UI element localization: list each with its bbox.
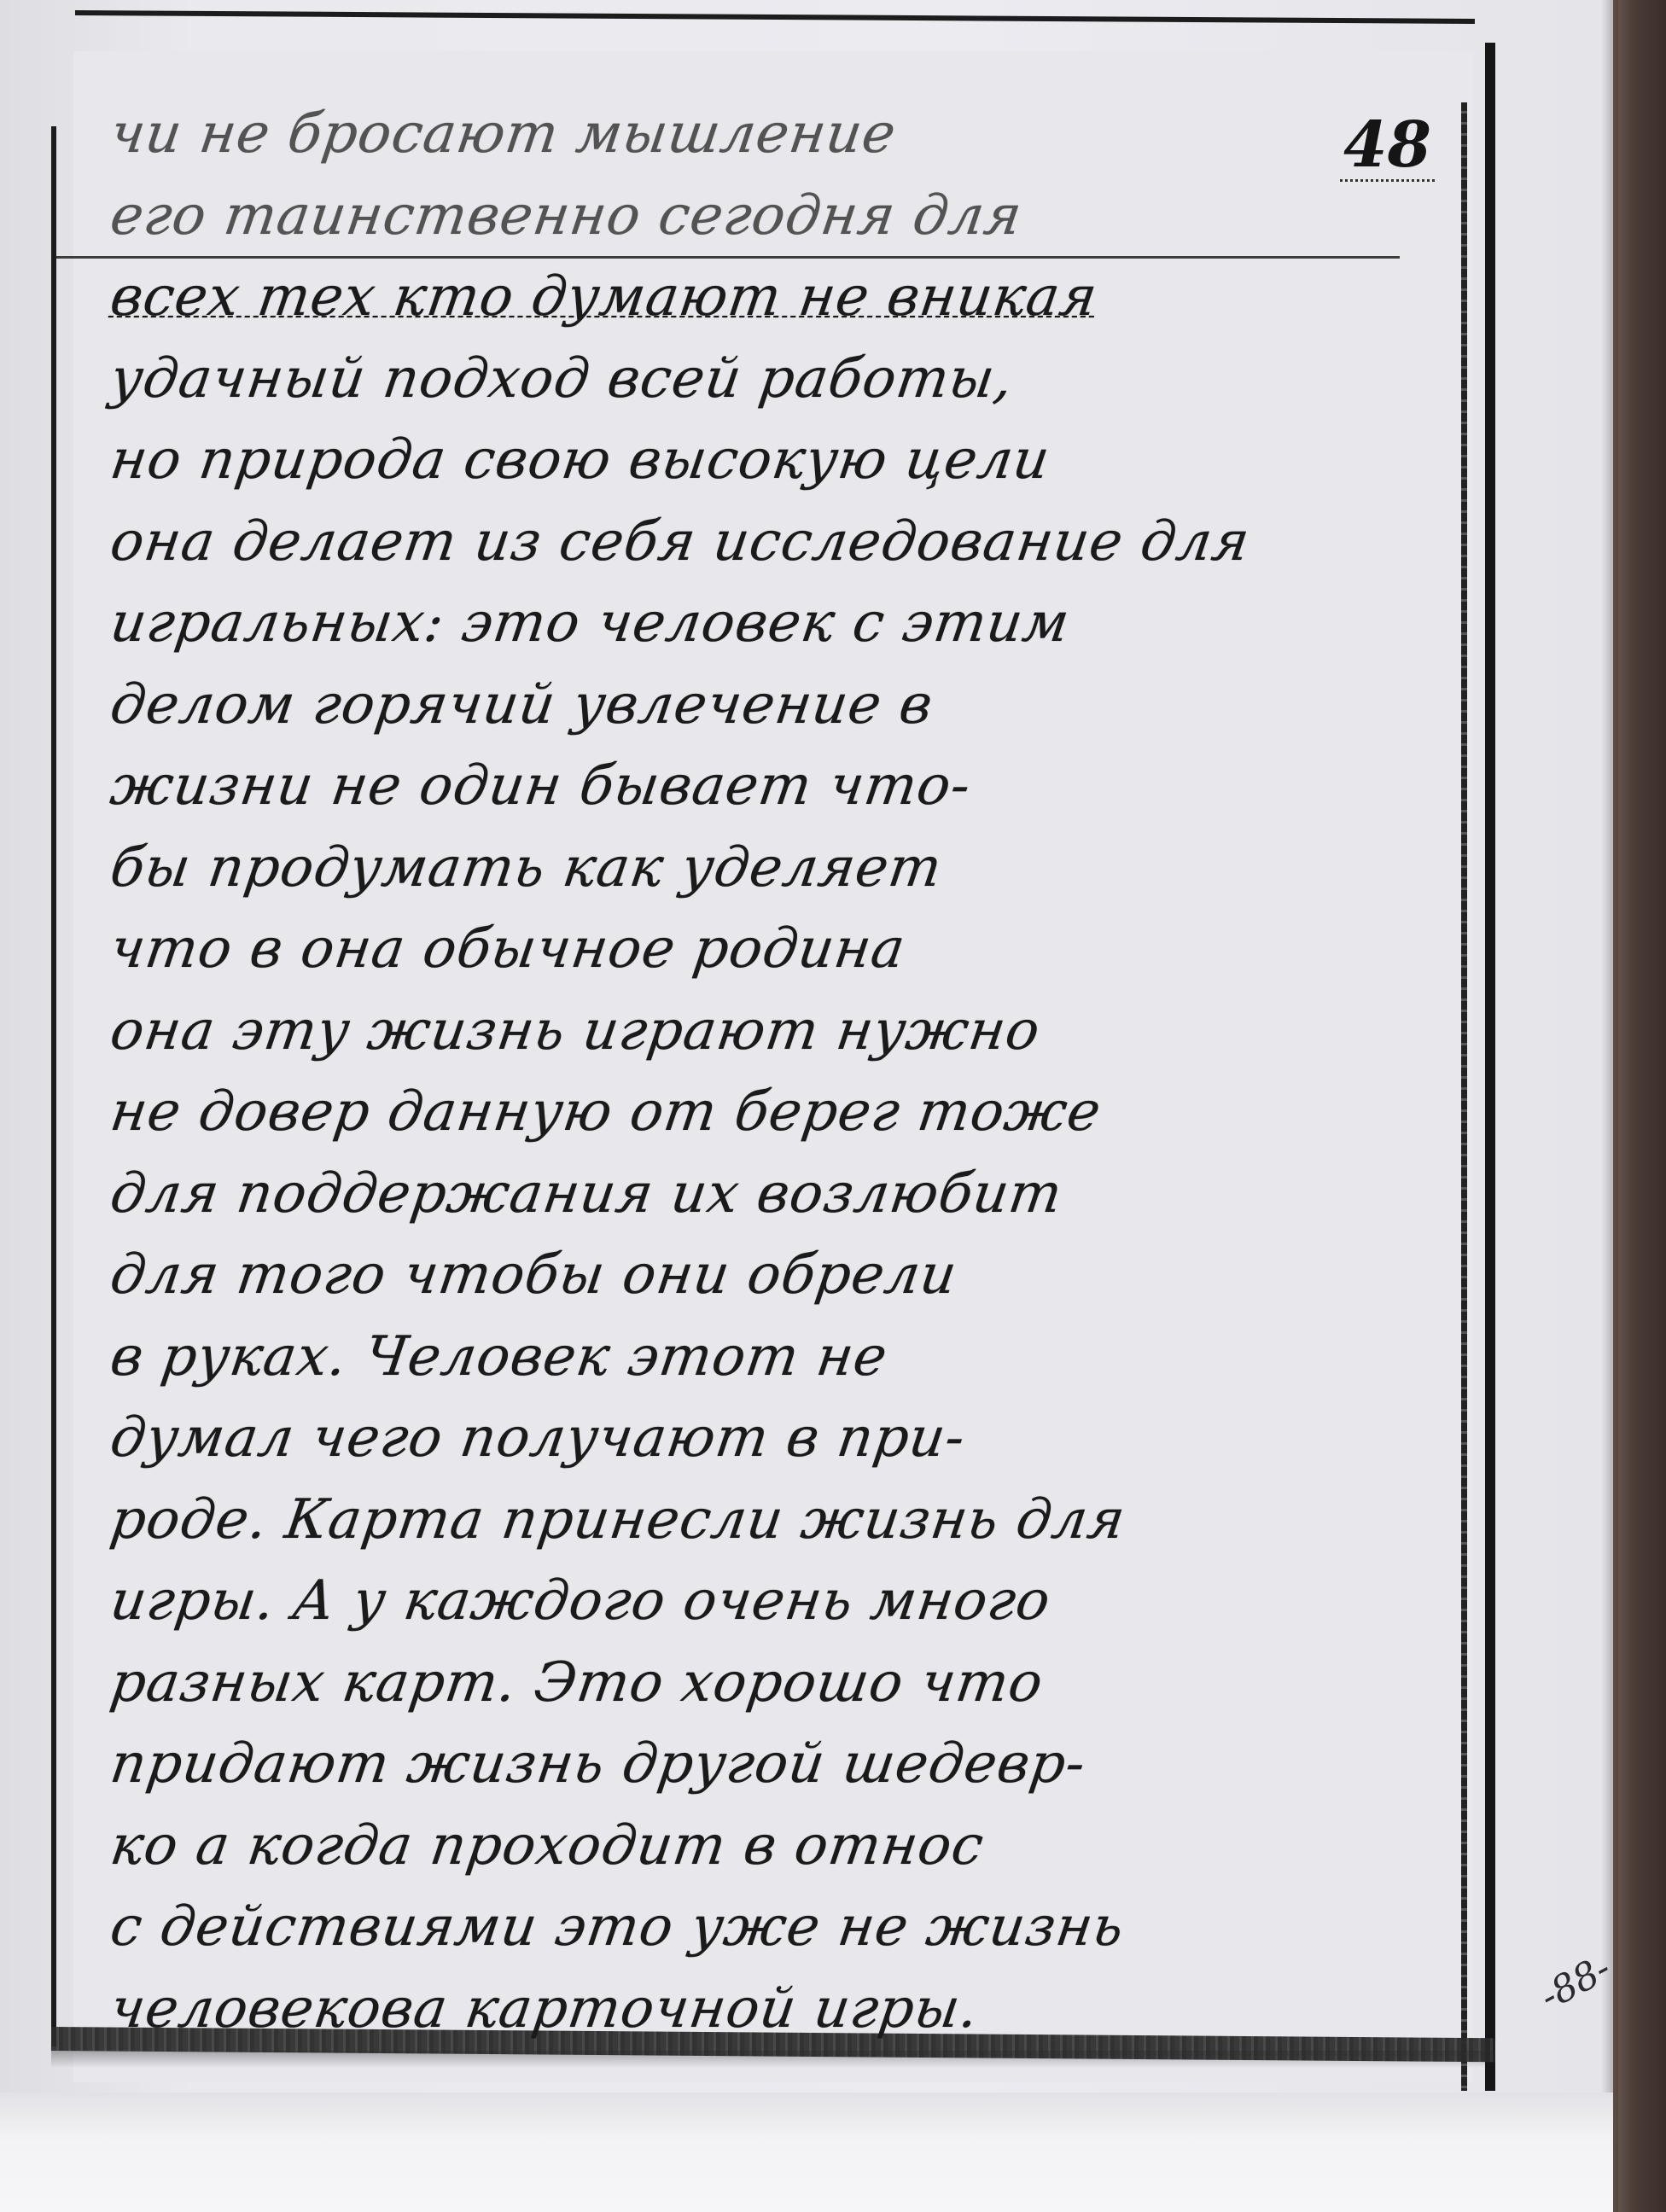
manuscript-line: она делает из себя исследование для [105,502,1448,584]
manuscript-line: игральных: это человек с этим [105,583,1448,665]
manuscript-line: бы продумать как уделяет [105,828,1448,910]
manuscript-line: она эту жизнь играют нужно [105,991,1448,1073]
frame-left-border [51,126,56,2046]
frame-right-inner-border [1461,102,1467,2091]
manuscript-line: жизни не один бывает что- [105,746,1448,828]
manuscript-line: игры. А у каждого очень много [105,1561,1448,1643]
frame-right-outer-border [1485,43,1495,2091]
manuscript-line: для поддержания их возлюбит [105,1154,1448,1236]
manuscript-line: для того чтобы они обрели [105,1235,1448,1317]
manuscript-line: всех тех кто думают не вникая [105,257,1448,339]
manuscript-line: роде. Карта принесли жизнь для [105,1480,1448,1562]
manuscript-line: человекова карточной игры. [105,1969,1448,2051]
manuscript-line: придают жизнь другой шедевр- [105,1724,1448,1806]
manuscript-text: чи не бросают мышление его таинственно с… [111,94,1442,2050]
wooden-edge [1613,0,1666,2212]
manuscript-line: разных карт. Это хорошо что [105,1643,1448,1725]
manuscript-line: чи не бросают мышление [105,94,1448,176]
manuscript-line: удачный подход всей работы, [105,339,1448,421]
bottom-fabric-strip [0,2093,1613,2212]
manuscript-line: делом горячий увлечение в [105,665,1448,747]
manuscript-line: его таинственно сегодня для [105,176,1448,258]
manuscript-line: ко а когда проходит в относ [105,1806,1448,1888]
manuscript-line: не довер данную от берег тоже [105,1072,1448,1154]
manuscript-line: с действиями это уже не жизнь [105,1887,1448,1969]
frame-bottom-shadow [51,2051,1495,2068]
edge-shadow [1601,0,1618,2212]
manuscript-line: думал чего получают в при- [105,1398,1448,1480]
manuscript-line: что в она обычное родина [105,909,1448,991]
manuscript-line: в руках. Человек этот не [105,1317,1448,1399]
manuscript-line: но природа свою высокую цели [105,420,1448,502]
